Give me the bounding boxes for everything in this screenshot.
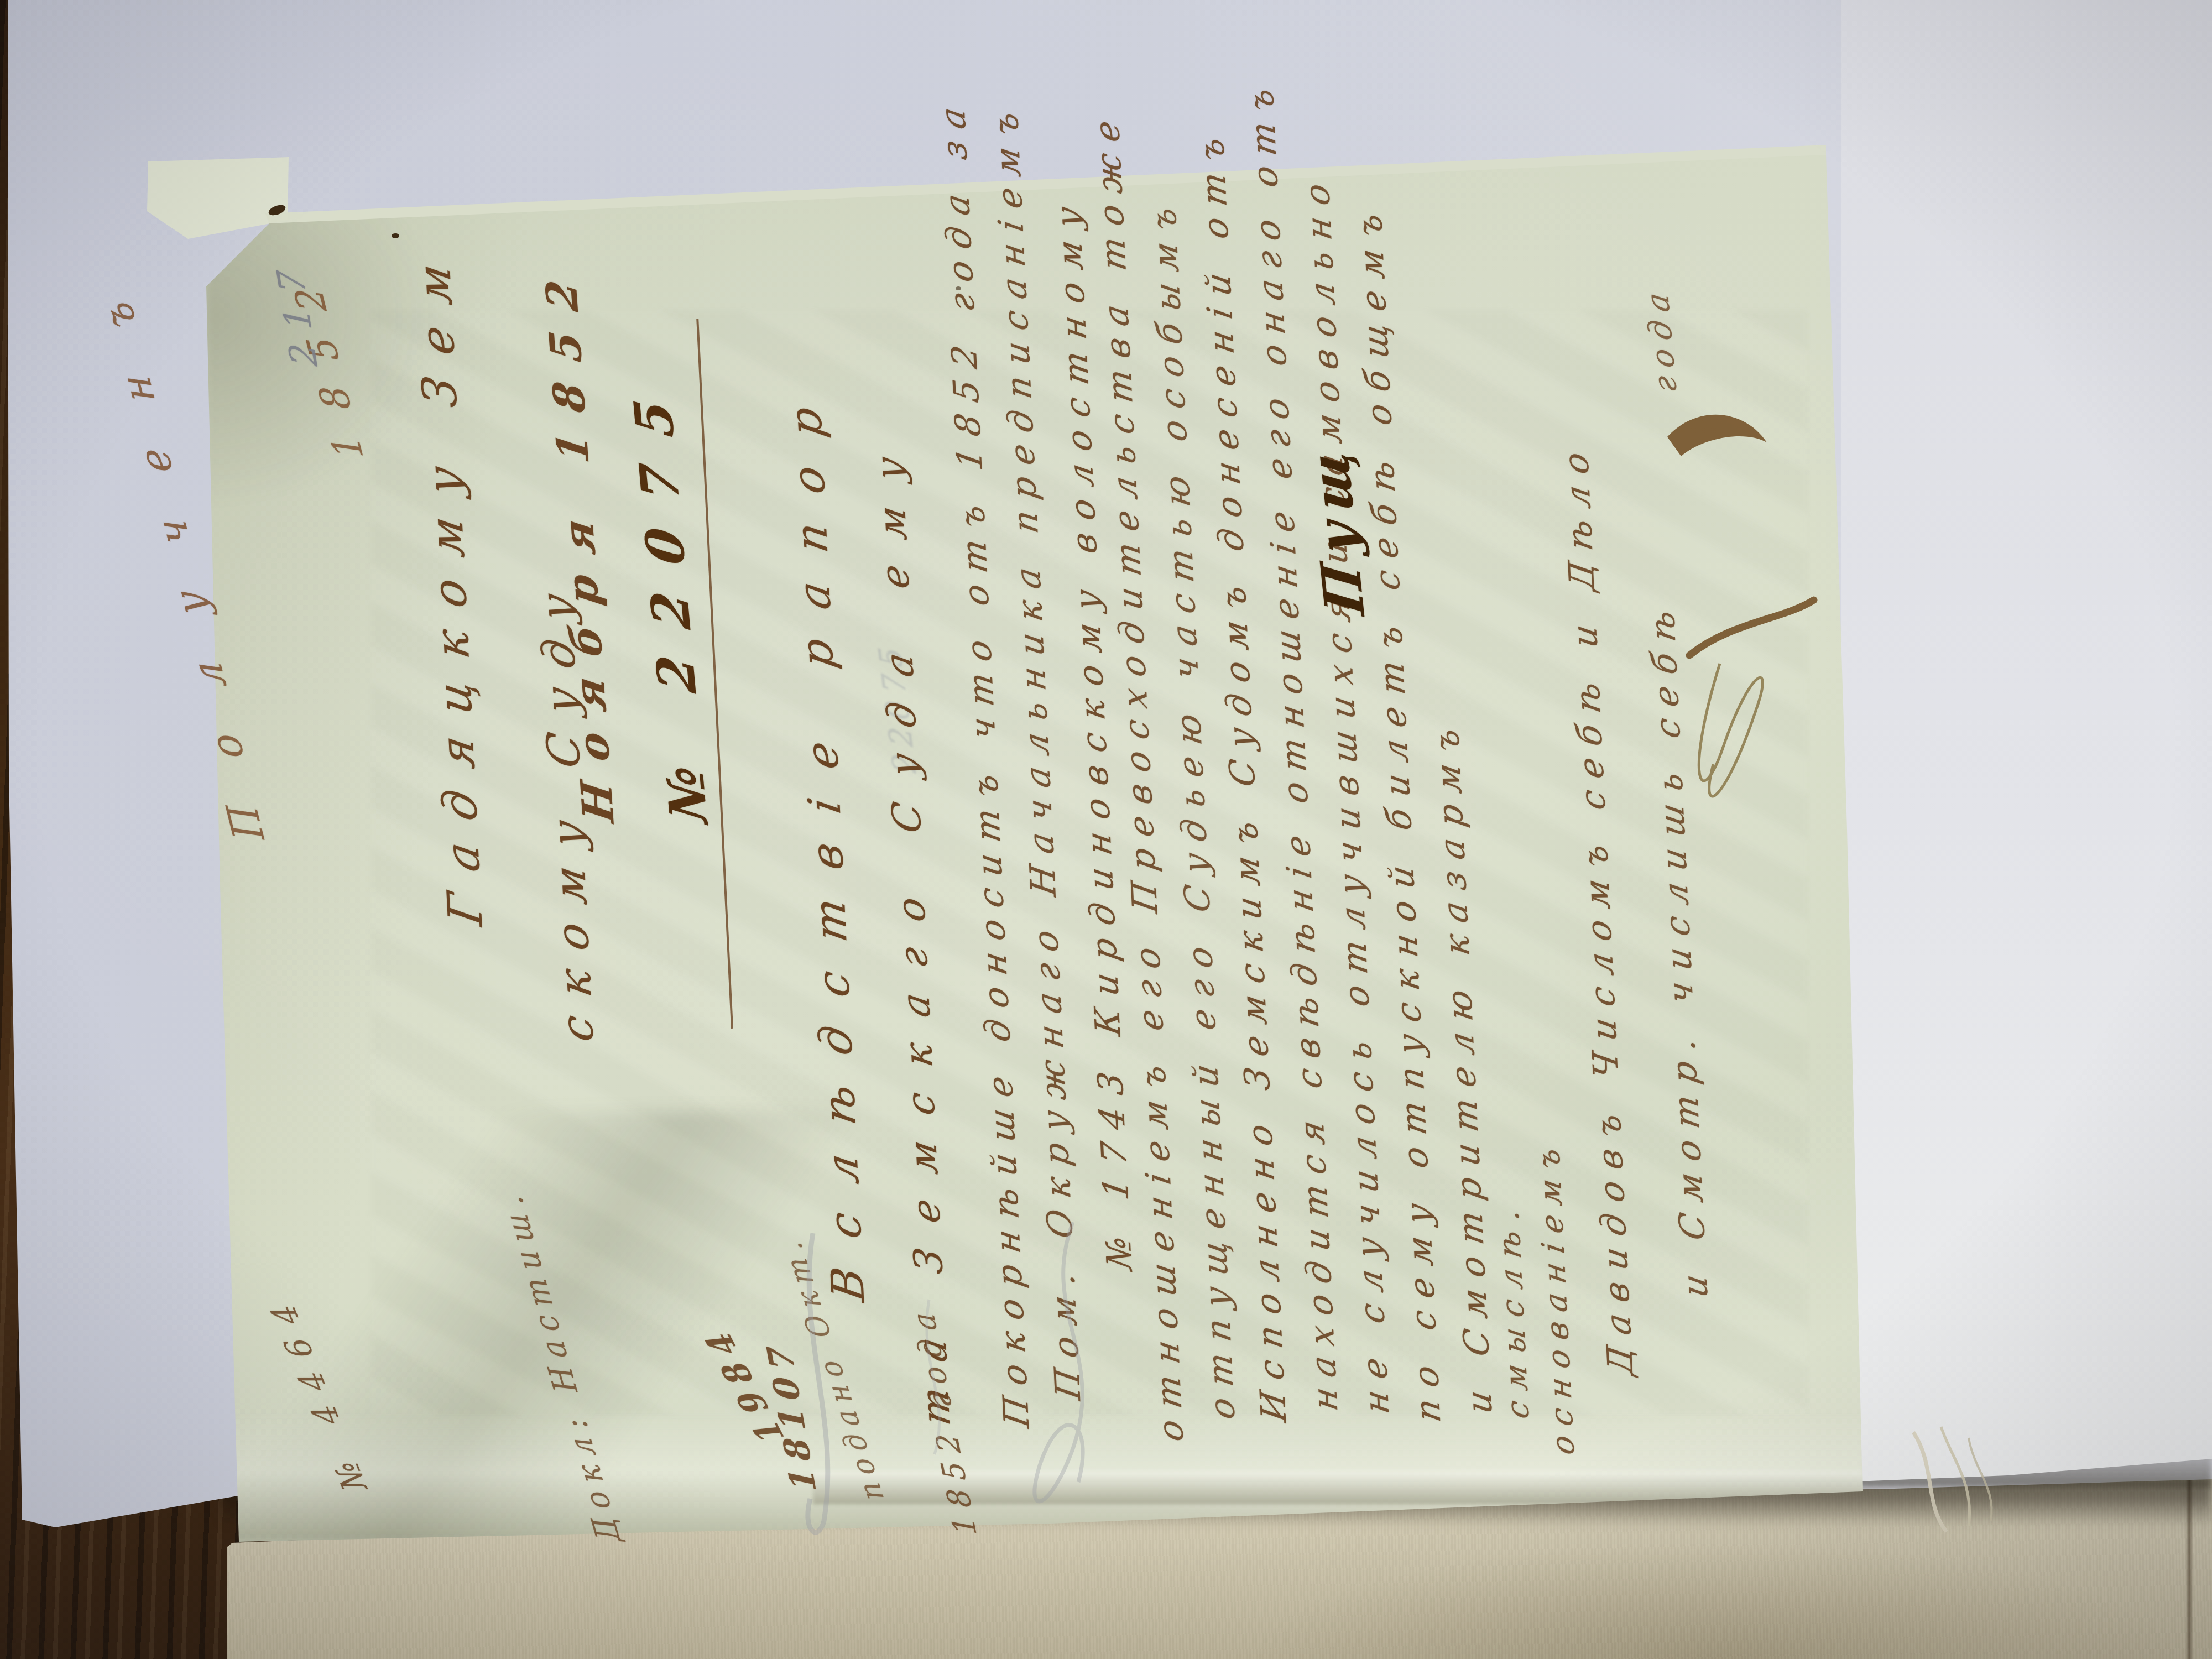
ink-blot: [392, 233, 399, 238]
binding-threads: [1891, 1416, 2046, 1543]
photo-of-manuscript: Полученъ 1852 217 Гадяцкому Зем скому Су…: [0, 0, 2212, 1659]
pencil-scribbles: [763, 1189, 1217, 1554]
signature-flourish: [1637, 354, 1891, 830]
white-sheet-right: [1841, 0, 2212, 1488]
